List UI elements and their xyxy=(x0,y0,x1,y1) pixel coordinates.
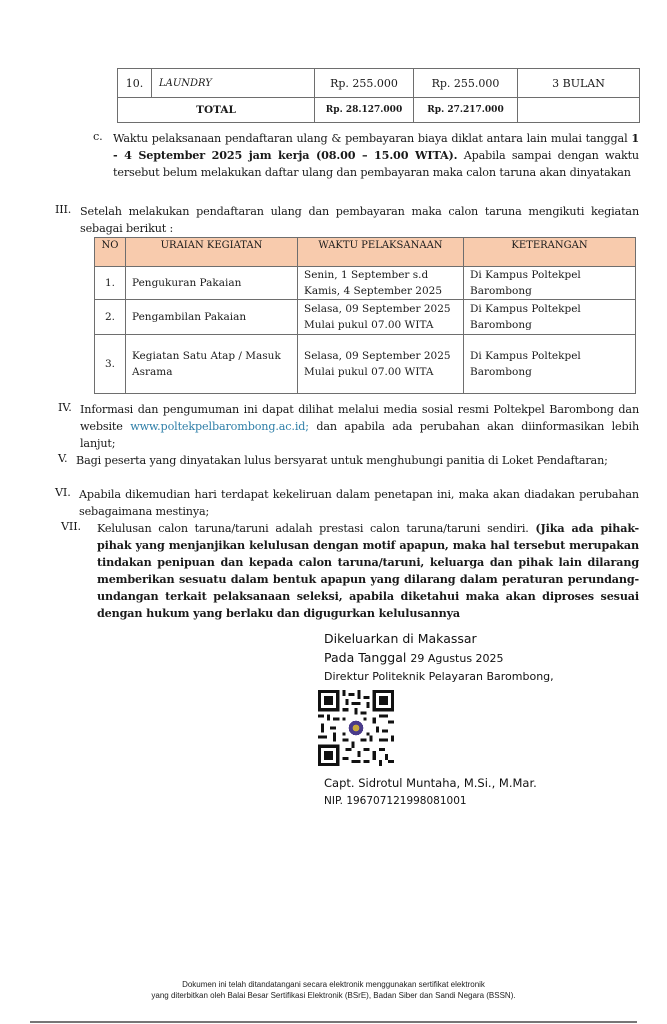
section-iii-marker: III. xyxy=(55,203,71,216)
signer-position: Direktur Politeknik Pelayaran Barombong, xyxy=(324,670,554,683)
activity-name: Kegiatan Satu Atap / Masuk Asrama xyxy=(126,335,298,394)
total-label: TOTAL xyxy=(118,98,315,123)
section-iv-text: Informasi dan pengumuman ini dapat dilih… xyxy=(80,401,639,452)
amount-a: Rp. 255.000 xyxy=(315,69,414,98)
activity-time: Selasa, 09 September 2025Mulai pukul 07.… xyxy=(298,335,464,394)
section-v-text: Bagi peserta yang dinyatakan lulus bersy… xyxy=(76,452,639,469)
header-no: NO xyxy=(95,238,126,267)
total-amount-b: Rp. 27.217.000 xyxy=(414,98,518,123)
section-iii-text: Setelah melakukan pendaftaran ulang dan … xyxy=(80,203,639,237)
table-row: 3. Kegiatan Satu Atap / Masuk Asrama Sel… xyxy=(95,335,636,394)
header-note: KETERANGAN xyxy=(464,238,636,267)
header-activity: URAIAN KEGIATAN xyxy=(126,238,298,267)
issued-at: Dikeluarkan di Makassar xyxy=(324,631,477,646)
table-row: 2. Pengambilan Pakaian Selasa, 09 Septem… xyxy=(95,300,636,335)
table-row: 1. Pengukuran Pakaian Senin, 1 September… xyxy=(95,267,636,300)
section-vi-marker: VI. xyxy=(55,486,71,499)
activity-name: Pengambilan Pakaian xyxy=(126,300,298,335)
amount-b: Rp. 255.000 xyxy=(414,69,518,98)
section-vii-text: Kelulusan calon taruna/taruni adalah pre… xyxy=(97,520,639,622)
activity-table: NO URAIAN KEGIATAN WAKTU PELAKSANAAN KET… xyxy=(94,237,636,394)
point-c-text: Waktu pelaksanaan pendaftaran ulang & pe… xyxy=(113,130,639,181)
activity-name: Pengukuran Pakaian xyxy=(126,267,298,300)
header-time: WAKTU PELAKSANAAN xyxy=(298,238,464,267)
activity-note: Di Kampus PoltekpelBarombong xyxy=(464,267,636,300)
activity-note: Di Kampus PoltekpelBarombong xyxy=(464,335,636,394)
signer-nip: NIP. 196707121998081001 xyxy=(324,795,467,807)
total-period xyxy=(518,98,640,123)
electronic-signature-notice: Dokumen ini telah ditandatangani secara … xyxy=(0,979,667,1001)
row-number: 10. xyxy=(118,69,152,98)
item-name: LAUNDRY xyxy=(152,69,315,98)
total-amount-a: Rp. 28.127.000 xyxy=(315,98,414,123)
activity-time: Selasa, 09 September 2025Mulai pukul 07.… xyxy=(298,300,464,335)
section-v-marker: V. xyxy=(58,452,67,465)
section-iv-marker: IV. xyxy=(58,401,72,414)
point-c-marker: c. xyxy=(93,130,103,143)
issue-date: Pada Tanggal 29 Agustus 2025 xyxy=(324,650,504,665)
activity-note: Di Kampus PoltekpelBarombong xyxy=(464,300,636,335)
section-vi-text: Apabila dikemudian hari terdapat kekelir… xyxy=(79,486,639,520)
period: 3 BULAN xyxy=(518,69,640,98)
section-vii-marker: VII. xyxy=(61,520,81,533)
activity-time: Senin, 1 September s.dKamis, 4 September… xyxy=(298,267,464,300)
website-link[interactable]: www.poltekpelbarombong.ac.id; xyxy=(130,420,309,433)
row-number: 2. xyxy=(95,300,126,335)
total-row: TOTAL Rp. 28.127.000 Rp. 27.217.000 xyxy=(118,98,640,123)
qr-code-icon xyxy=(318,690,394,766)
signer-name: Capt. Sidrotul Muntaha, M.Si., M.Mar. xyxy=(324,776,537,790)
page-bottom-divider xyxy=(30,1021,637,1023)
row-number: 1. xyxy=(95,267,126,300)
table-header-row: NO URAIAN KEGIATAN WAKTU PELAKSANAAN KET… xyxy=(95,238,636,267)
cost-table: 10. LAUNDRY Rp. 255.000 Rp. 255.000 3 BU… xyxy=(117,68,640,123)
table-row: 10. LAUNDRY Rp. 255.000 Rp. 255.000 3 BU… xyxy=(118,69,640,98)
row-number: 3. xyxy=(95,335,126,394)
